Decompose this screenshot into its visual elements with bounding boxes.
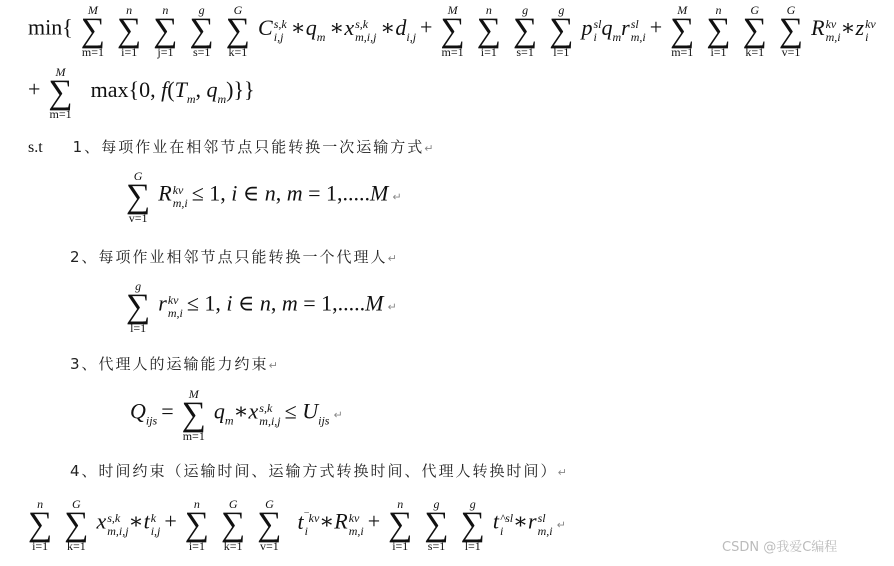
min-operator: min{: [28, 15, 73, 40]
sum-s: g∑s=1: [190, 4, 214, 58]
term3-expression: Rkvm,i∗zkvi: [811, 22, 876, 39]
watermark: CSDN @我爱C编程: [722, 536, 837, 555]
sum-m: M∑m=1: [670, 4, 694, 58]
objective-line-1: min{ M∑m=1 n∑i=1 n∑j=1 g∑s=1 G∑k=1 Cs,ki…: [28, 4, 876, 58]
sum-i: n∑i=1: [706, 4, 730, 58]
term4-expression: max{0, f(Tm, qm)}}: [91, 77, 255, 102]
sum-m: M∑m=1: [440, 4, 464, 58]
sum-v: G∑v=1: [779, 4, 803, 58]
constraint-4-formula: n∑i=1 G∑k=1 xs,km,i,j∗tki,j + n∑i=1 G∑k=…: [24, 498, 566, 552]
constraint-2-formula: g∑l=1 rkvm,i ≤ 1, i ∈ n, m = 1,.....M ↵: [122, 280, 397, 334]
sum-j: n∑j=1: [153, 4, 177, 58]
constraint-1-formula: G∑v=1 Rkvm,i ≤ 1, i ∈ n, m = 1,.....M ↵: [122, 170, 402, 224]
constraint-4-heading: 4、时间约束（运输时间、运输方式转换时间、代理人转换时间）↵: [70, 460, 567, 481]
term2-expression: psliqmrslm,i: [581, 22, 649, 39]
term1-expression: Cs,ki,j ∗qm ∗xs,km,i,j ∗di,j: [258, 22, 420, 39]
sum-k: G∑k=1: [226, 4, 250, 58]
sum-s: g∑s=1: [513, 4, 537, 58]
constraint-3-heading: 3、代理人的运输能力约束↵: [70, 353, 278, 374]
sum-m: M∑m=1: [48, 66, 72, 120]
constraint-3-formula: Qijs = M∑m=1 qm∗xs,km,i,j ≤ Uijs ↵: [130, 388, 343, 442]
constraint-2-heading: 2、每项作业相邻节点只能转换一个代理人↵: [70, 246, 397, 267]
st-label: s.t: [28, 139, 43, 156]
sum-i: n∑i=1: [477, 4, 501, 58]
constraint-1-heading: s.t 1、每项作业在相邻节点只能转换一次运输方式↵: [28, 136, 433, 157]
objective-line-2: + M∑m=1 max{0, f(Tm, qm)}}: [28, 66, 255, 120]
sum-m: M∑m=1: [81, 4, 105, 58]
sum-k: G∑k=1: [743, 4, 767, 58]
sum-l: g∑l=1: [549, 4, 573, 58]
sum-i: n∑i=1: [117, 4, 141, 58]
